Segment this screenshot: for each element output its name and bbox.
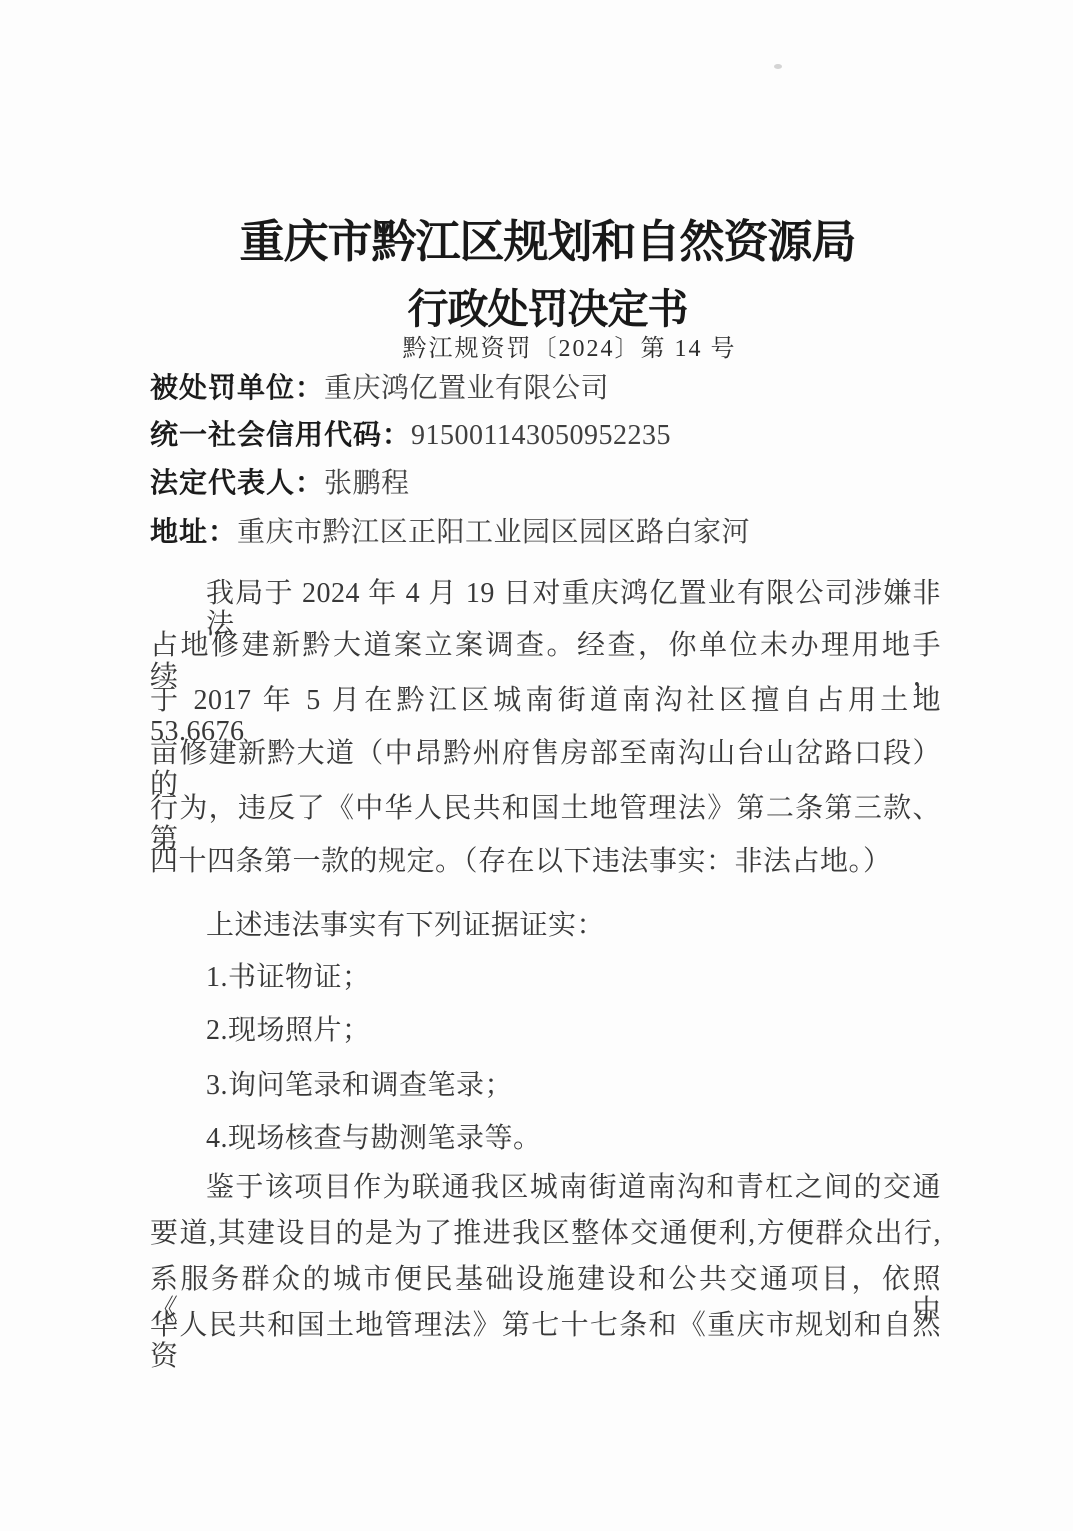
evidence-intro: 上述违法事实有下列证据证实： xyxy=(150,910,941,941)
paragraph-line: 华人民共和国土地管理法》第七十七条和《重庆市规划和自然资 xyxy=(150,1310,941,1372)
evidence-item: 1.书证物证； xyxy=(150,962,941,993)
paragraph-line: 四十四条第一款的规定。（存在以下违法事实：非法占地。） xyxy=(150,846,941,877)
document-number: 黔江规资罚〔2024〕第 14 号 xyxy=(150,328,945,363)
credit-code-value: 915001143050952235 xyxy=(411,420,671,451)
credit-code-label: 统一社会信用代码： xyxy=(150,419,411,450)
legal-representative-line: 法定代表人：张鹏程 xyxy=(150,467,941,499)
evidence-item: 4.现场核查与勘测笔录等。 xyxy=(150,1123,941,1154)
penalized-entity-value: 重庆鸿亿置业有限公司 xyxy=(324,373,609,404)
paragraph-line: 鉴于该项目作为联通我区城南街道南沟和青杠之间的交通 xyxy=(150,1172,941,1203)
penalized-entity-label: 被处罚单位： xyxy=(150,372,324,403)
address-value: 重庆市黔江区正阳工业园区园区路白家河 xyxy=(237,517,750,548)
scan-artifact xyxy=(774,64,782,69)
paragraph-line: 亩修建新黔大道（中昂黔州府售房部至南沟山台山岔路口段）的 xyxy=(150,738,941,800)
evidence-item: 3.询问笔录和调查笔录； xyxy=(150,1070,941,1101)
address-line: 地址：重庆市黔江区正阳工业园区园区路白家河 xyxy=(150,516,941,548)
credit-code-line: 统一社会信用代码：915001143050952235 xyxy=(150,419,941,451)
penalized-entity-line: 被处罚单位：重庆鸿亿置业有限公司 xyxy=(150,372,941,404)
document-subtitle: 行政处罚决定书 xyxy=(150,276,945,335)
document-title: 重庆市黔江区规划和自然资源局 xyxy=(150,205,945,270)
legal-representative-label: 法定代表人： xyxy=(150,467,324,498)
paragraph-line: 要道,其建设目的是为了推进我区整体交通便利,方便群众出行, xyxy=(150,1218,941,1249)
address-label: 地址： xyxy=(150,516,237,547)
document-page: 重庆市黔江区规划和自然资源局 行政处罚决定书 黔江规资罚〔2024〕第 14 号… xyxy=(0,0,1073,1531)
legal-representative-value: 张鹏程 xyxy=(324,468,410,499)
evidence-item: 2.现场照片； xyxy=(150,1015,941,1046)
paragraph-line: 占地修建新黔大道案立案调查。经查，你单位未办理用地手续， xyxy=(150,630,941,692)
